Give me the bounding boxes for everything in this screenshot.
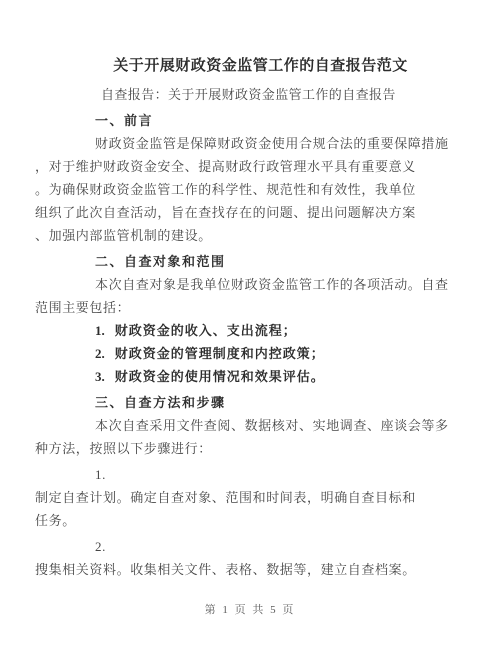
page-number-footer: 第 1 页 共 5 页 <box>35 599 465 622</box>
list-item-text: 财政资金的使用情况和效果评估。 <box>115 369 325 384</box>
list-item: 3.财政资金的使用情况和效果评估。 <box>35 365 430 388</box>
section-heading-2: 二、自查对象和范围 <box>35 250 430 273</box>
list-item-text: 财政资金的收入、支出流程； <box>115 323 297 338</box>
section-heading-3: 三、自查方法和步骤 <box>35 391 430 414</box>
paragraph-line: 财政资金监管是保障财政资金使用合规合法的重要保障措施 <box>35 132 430 155</box>
document-subtitle: 自查报告：关于开展财政资金监管工作的自查报告 <box>35 83 430 106</box>
step-text-line: 搜集相关资料。收集相关文件、表格、数据等，建立自查档案。 <box>35 558 430 581</box>
list-item: 1.财政资金的收入、支出流程； <box>35 319 430 342</box>
paragraph-line: 种方法，按照以下步骤进行： <box>35 437 430 460</box>
paragraph-line: 、加强内部监管机制的建设。 <box>35 224 430 247</box>
list-item-number: 1. <box>95 319 105 342</box>
step-number: 2. <box>35 535 430 558</box>
paragraph-line: 本次自查采用文件查阅、数据核对、实地调查、座谈会等多 <box>35 414 430 437</box>
paragraph-line: 范围主要包括： <box>35 296 430 319</box>
list-item-text: 财政资金的管理制度和内控政策； <box>115 346 325 361</box>
list-item: 2.财政资金的管理制度和内控政策； <box>35 342 430 365</box>
document-page: 关于开展财政资金监管工作的自查报告范文 自查报告：关于开展财政资金监管工作的自查… <box>0 0 500 647</box>
paragraph-line: ，对于维护财政资金安全、提高财政行政管理水平具有重要意义 <box>35 155 430 178</box>
list-item-number: 2. <box>95 342 105 365</box>
step-text-line: 任务。 <box>35 509 430 532</box>
document-title: 关于开展财政资金监管工作的自查报告范文 <box>91 55 430 77</box>
step-text-line: 制定自查计划。确定自查对象、范围和时间表，明确自查目标和 <box>35 486 430 509</box>
list-item-number: 3. <box>95 365 105 388</box>
paragraph-line: 组织了此次自查活动，旨在查找存在的问题、提出问题解决方案 <box>35 201 430 224</box>
section-heading-1: 一、前言 <box>35 109 430 132</box>
paragraph-line: 本次自查对象是我单位财政资金监管工作的各项活动。自查 <box>35 273 430 296</box>
paragraph-line: 。为确保财政资金监管工作的科学性、规范性和有效性，我单位 <box>35 178 430 201</box>
step-number: 1. <box>35 463 430 486</box>
